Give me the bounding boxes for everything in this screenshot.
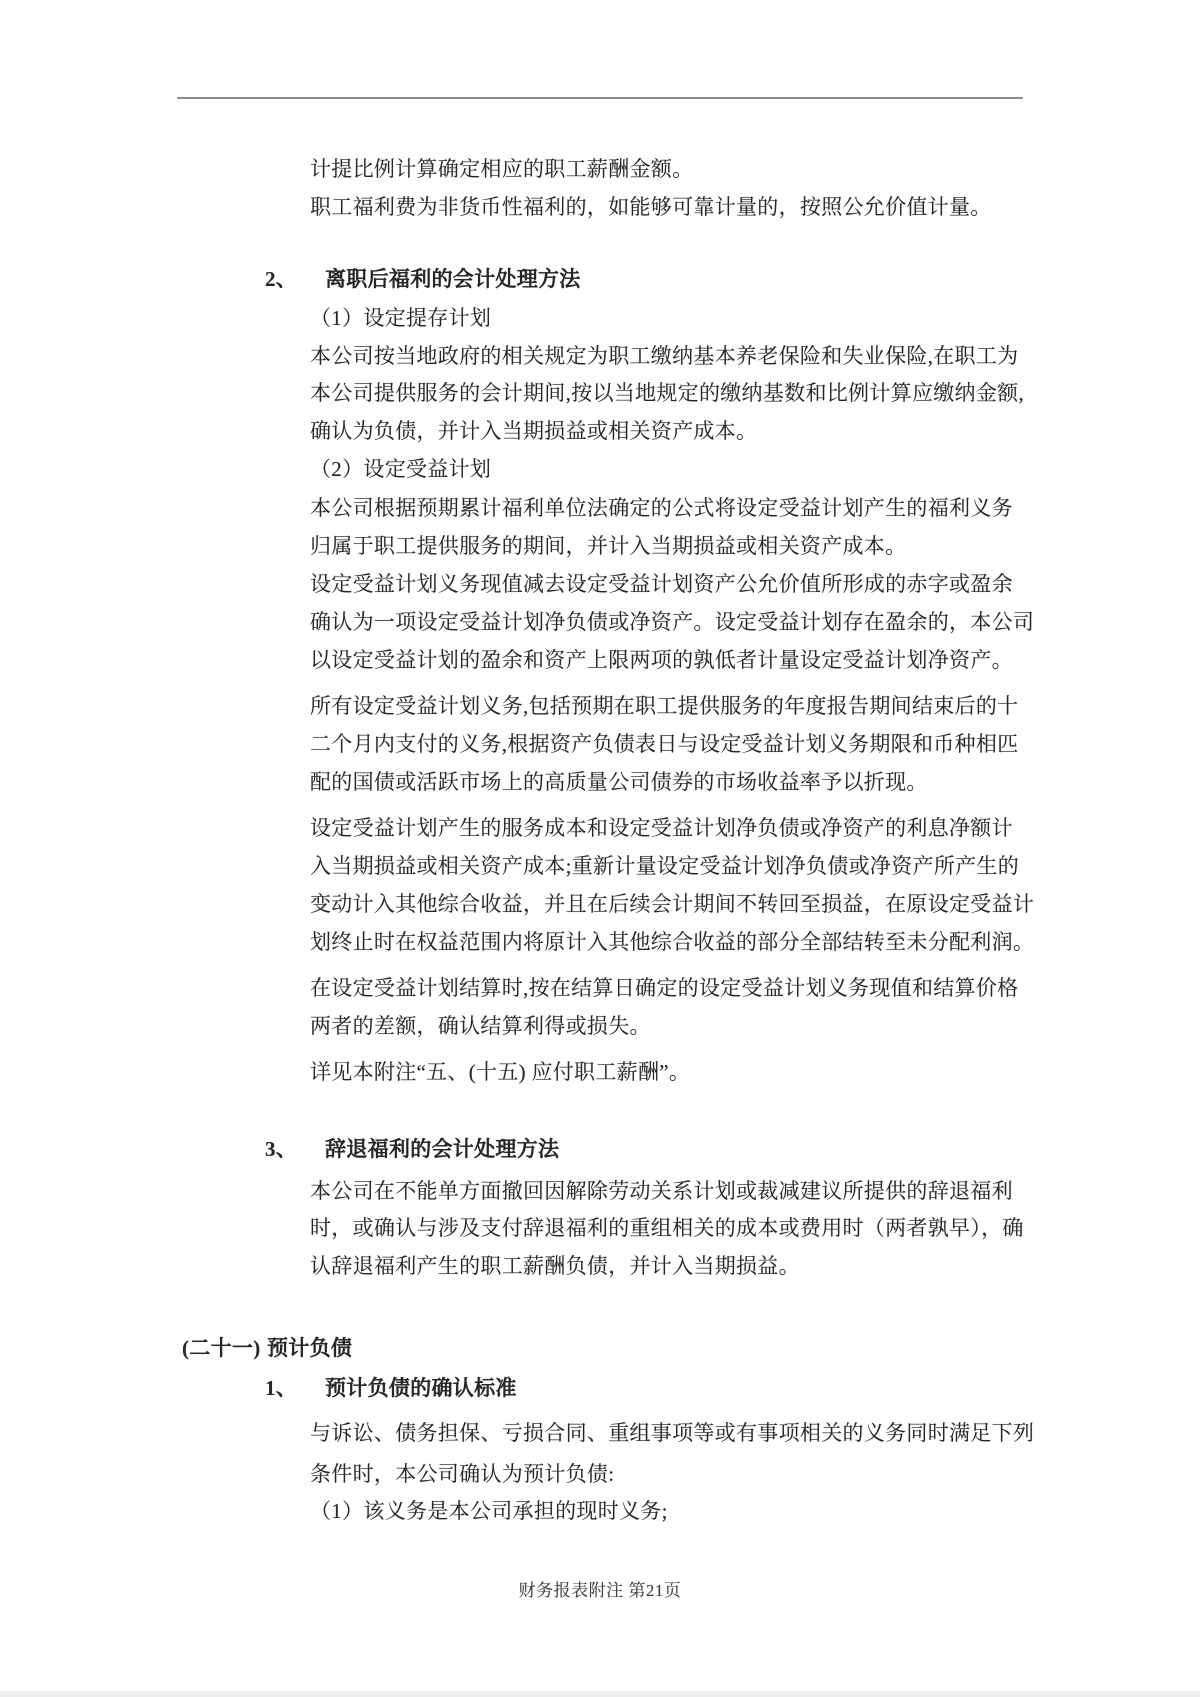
page-footer: 财务报表附注 第21页 bbox=[0, 1576, 1200, 1601]
body-line: 本公司按当地政府的相关规定为职工缴纳基本养老保险和失业保险,在职工为 bbox=[310, 341, 1018, 371]
heading-title: 预计负债的确认标准 bbox=[325, 1376, 517, 1400]
heading-number: 3、 bbox=[265, 1134, 325, 1164]
body-line: 详见本附注“五、(十五) 应付职工薪酬”。 bbox=[310, 1057, 690, 1087]
body-line: 设定受益计划产生的服务成本和设定受益计划净负债或净资产的利息净额计 bbox=[310, 813, 1013, 843]
subitem-line: （1）设定提存计划 bbox=[310, 303, 491, 333]
body-line: 与诉讼、债务担保、亏损合同、重组事项等或有事项相关的义务同时满足下列 bbox=[310, 1418, 1034, 1448]
body-line: 认辞退福利产生的职工薪酬负债，并计入当期损益。 bbox=[310, 1251, 800, 1281]
heading-title: 辞退福利的会计处理方法 bbox=[325, 1137, 559, 1161]
body-line: 时，或确认与涉及支付辞退福利的重组相关的成本或费用时（两者孰早），确 bbox=[310, 1213, 1024, 1243]
body-line: 在设定受益计划结算时,按在结算日确定的设定受益计划义务现值和结算价格 bbox=[310, 973, 1018, 1003]
body-line: 计提比例计算确定相应的职工薪酬金额。 bbox=[310, 154, 693, 184]
body-line: 配的国债或活跃市场上的高质量公司债券的市场收益率予以折现。 bbox=[310, 767, 928, 797]
document-page: 计提比例计算确定相应的职工薪酬金额。 职工福利费为非货币性福利的，如能够可靠计量… bbox=[0, 0, 1200, 1697]
body-line: 归属于职工提供服务的期间，并计入当期损益或相关资产成本。 bbox=[310, 531, 906, 561]
body-line: 所有设定受益计划义务,包括预期在职工提供服务的年度报告期间结束后的十 bbox=[310, 691, 1018, 721]
heading-title: 预计负债 bbox=[267, 1336, 352, 1360]
body-line: 条件时，本公司确认为预计负债: bbox=[310, 1459, 614, 1489]
section-heading: 1、预计负债的确认标准 bbox=[265, 1373, 517, 1403]
heading-title: 离职后福利的会计处理方法 bbox=[325, 267, 581, 291]
body-line: 本公司根据预期累计福利单位法确定的公式将设定受益计划产生的福利义务 bbox=[310, 493, 1013, 523]
body-line: 变动计入其他综合收益，并且在后续会计期间不转回至损益，在原设定受益计 bbox=[310, 889, 1034, 919]
heading-number: (二十一) bbox=[182, 1333, 267, 1363]
heading-number: 2、 bbox=[265, 264, 325, 294]
body-line: 本公司提供服务的会计期间,按以当地规定的缴纳基数和比例计算应缴纳金额, bbox=[310, 378, 1024, 408]
body-line: 确认为负债，并计入当期损益或相关资产成本。 bbox=[310, 416, 757, 446]
subitem-line: （2）设定受益计划 bbox=[310, 454, 491, 484]
chapter-heading: (二十一)预计负债 bbox=[182, 1333, 352, 1363]
section-heading: 3、辞退福利的会计处理方法 bbox=[265, 1134, 559, 1164]
heading-number: 1、 bbox=[265, 1373, 325, 1403]
header-rule bbox=[177, 97, 1023, 99]
body-line: 入当期损益或相关资产成本;重新计量设定受益计划净负债或净资产所产生的 bbox=[310, 851, 1019, 881]
body-line: 划终止时在权益范围内将原计入其他综合收益的部分全部结转至未分配利润。 bbox=[310, 927, 1034, 957]
body-line: 确认为一项设定受益计划净负债或净资产。设定受益计划存在盈余的，本公司 bbox=[310, 607, 1034, 637]
body-line: 二个月内支付的义务,根据资产负债表日与设定受益计划义务期限和币种相匹 bbox=[310, 729, 1018, 759]
scan-edge-artifact bbox=[0, 1691, 1200, 1697]
body-line: 以设定受益计划的盈余和资产上限两项的孰低者计量设定受益计划净资产。 bbox=[310, 645, 1013, 675]
body-line: 本公司在不能单方面撤回因解除劳动关系计划或裁减建议所提供的辞退福利 bbox=[310, 1176, 1013, 1206]
body-line: 职工福利费为非货币性福利的，如能够可靠计量的，按照公允价值计量。 bbox=[310, 192, 992, 222]
body-line: 设定受益计划义务现值减去设定受益计划资产公允价值所形成的赤字或盈余 bbox=[310, 569, 1013, 599]
section-heading: 2、离职后福利的会计处理方法 bbox=[265, 264, 581, 294]
subitem-line: （1）该义务是本公司承担的现时义务; bbox=[310, 1496, 668, 1526]
body-line: 两者的差额，确认结算利得或损失。 bbox=[310, 1011, 651, 1041]
